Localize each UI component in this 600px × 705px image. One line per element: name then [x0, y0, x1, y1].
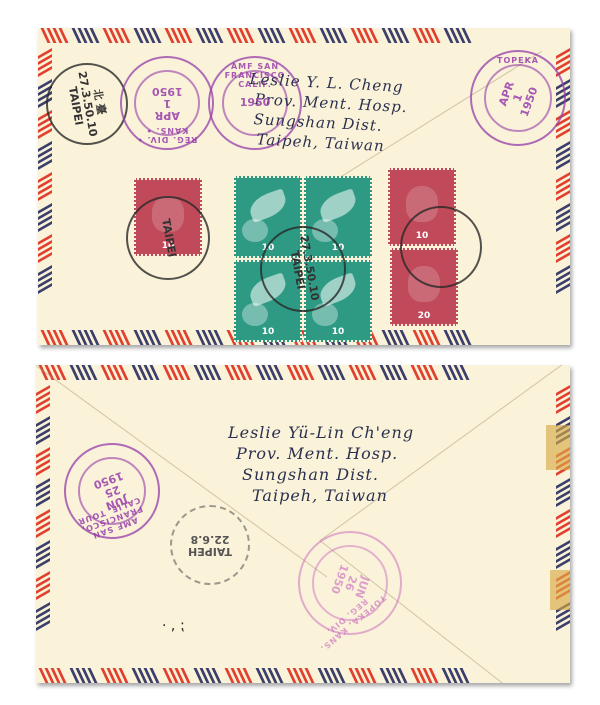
envelope-front: 北 臺27.3.50.10TAIPEI REG. DIV. • KANS. • …	[38, 28, 570, 345]
return-address: Leslie Yü-Lin Ch'eng Prov. Ment. Hosp. S…	[228, 422, 414, 506]
envelope-back: AMF SAN FRANCISCO, CALIF. TOUR JUN251950…	[36, 365, 570, 683]
ink-marks: · , ⁏	[162, 618, 185, 634]
tape-strip	[550, 570, 570, 610]
topeka-postmark: TOPEKA, KANS. REG. DIV. JUN261950	[298, 531, 402, 635]
airmail-border-top	[44, 28, 478, 43]
airmail-border-top	[42, 365, 476, 380]
tape-strip	[546, 425, 570, 470]
taipei-postmark: 北 臺27.3.50.10TAIPEI	[46, 63, 128, 145]
topeka-postmark: TOPEKA APR11950	[470, 50, 566, 146]
airmail-border-left	[36, 365, 50, 683]
airmail-border-left	[38, 28, 52, 345]
taipei-postmark: TAIPEI	[126, 196, 210, 280]
airmail-border-right	[556, 365, 570, 683]
recipient-address: Leslie Y. L. Cheng Prov. Ment. Hosp. Sun…	[246, 69, 409, 157]
airmail-border-bottom	[42, 668, 476, 683]
reg-div-postmark: REG. DIV. • KANS. • APR11950	[120, 56, 214, 150]
taipei-postmark	[400, 206, 482, 288]
san-francisco-postmark: AMF SAN FRANCISCO, CALIF. TOUR JUN251950	[64, 443, 160, 539]
taipei-postmark: 27.3.50.10TAIPEI	[260, 226, 346, 312]
taipeh-postmark: TAIPEH22.6.8	[170, 505, 250, 585]
